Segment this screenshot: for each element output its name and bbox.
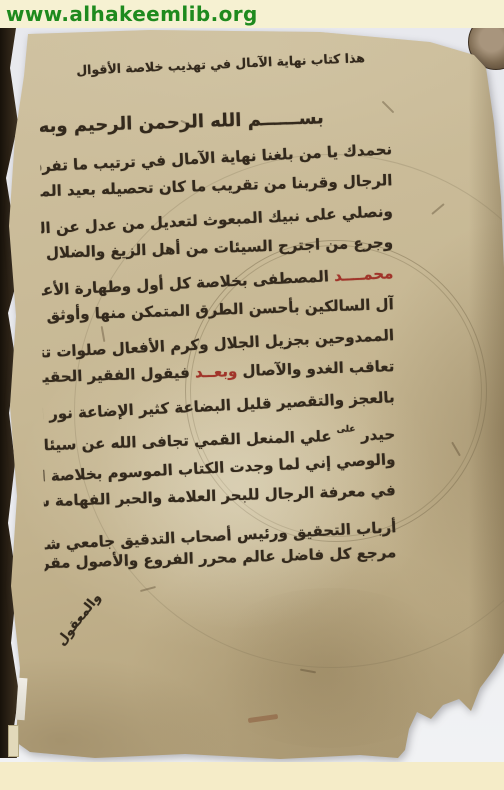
binding-thread <box>8 725 19 757</box>
line-text: الرجال وقربنا من تقريب ما كان تحصيله بعي… <box>40 171 393 201</box>
line-text: تعاقب الغدو والآصال <box>237 357 395 380</box>
line-text: حيدر <box>355 425 395 444</box>
text-block: بســــــم الله الرحمن الرحيم وبه نستعينن… <box>40 98 397 572</box>
line-text: في معرفة الرجال للبحر العلامة والحبر الف… <box>43 481 396 512</box>
photo-area: هذا كتاب نهاية الآمال في تهذيب خلاصة الأ… <box>0 28 504 762</box>
line-text: وجرع من اجترح السيئات من أهل الزيغ والضل… <box>46 233 394 262</box>
line-text: فيقول الفقير الحقير المعترف <box>42 363 195 388</box>
manuscript-page-wrap: هذا كتاب نهاية الآمال في تهذيب خلاصة الأ… <box>0 28 504 762</box>
catchword: والمعقول <box>54 590 104 648</box>
line-text: آل السالكين بأحسن الطرق المتمكن منها وأو… <box>41 295 394 326</box>
site-banner: www.alhakeemlib.org <box>0 0 504 28</box>
screenshot-root: هذا كتاب نهاية الآمال في تهذيب خلاصة الأ… <box>0 0 504 790</box>
red-ink-word: وبعــد <box>195 362 238 381</box>
interlinear-word: على <box>336 424 355 435</box>
site-url-text: www.alhakeemlib.org <box>0 0 258 26</box>
footer-strip <box>0 762 504 790</box>
manuscript-title-line: هذا كتاب نهاية الآمال في تهذيب خلاصة الأ… <box>76 50 365 78</box>
red-ink-word: محمــــد <box>334 264 394 285</box>
line-text: بســــــم الله الرحمن الرحيم وبه نستعين <box>39 107 324 139</box>
manuscript-page: هذا كتاب نهاية الآمال في تهذيب خلاصة الأ… <box>0 28 504 762</box>
paper-stain <box>200 588 460 748</box>
